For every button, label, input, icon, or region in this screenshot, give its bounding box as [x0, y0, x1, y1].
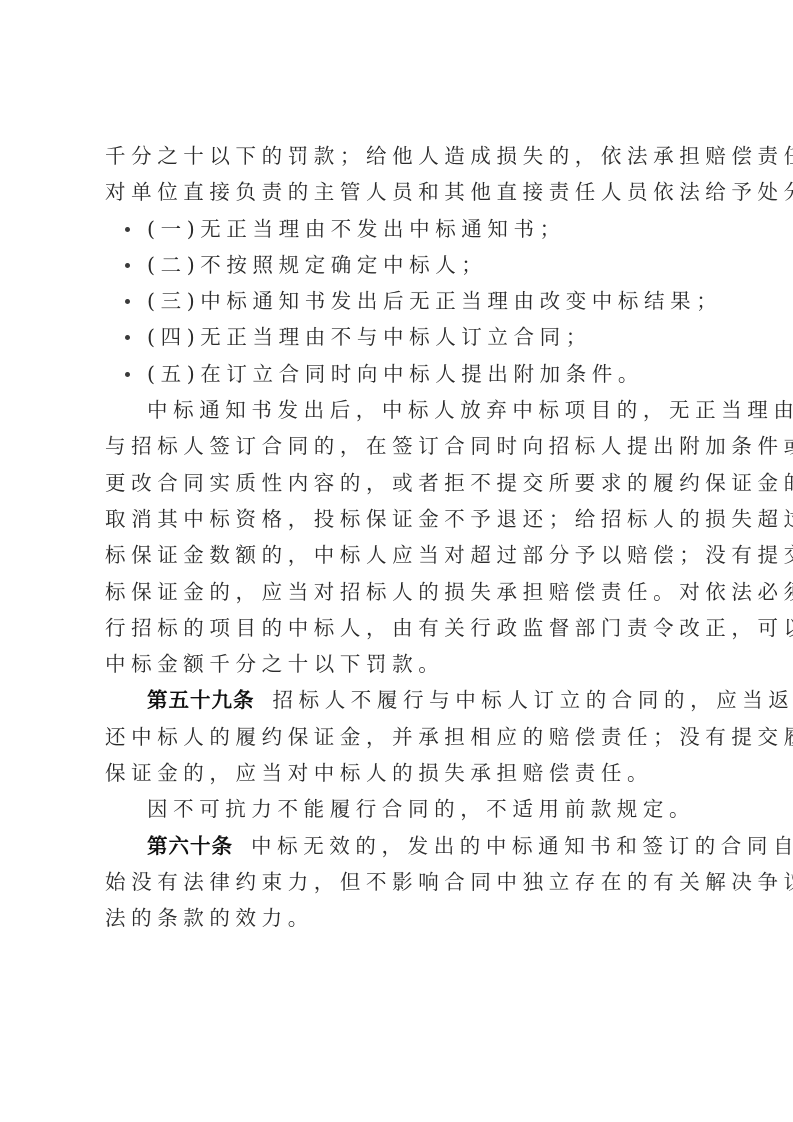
text-line: 取消其中标资格，投标保证金不予退还；给招标人的损失超过投: [105, 501, 690, 537]
text-line: 与招标人签订合同的，在签订合同时向招标人提出附加条件或者: [105, 428, 690, 464]
list-item-text: (三)中标通知书发出后无正当理由改变中标结果；: [147, 289, 722, 313]
penalty-list: (一)无正当理由不发出中标通知书； (二)不按照规定确定中标人； (三)中标通知…: [105, 211, 690, 392]
list-item: (一)无正当理由不发出中标通知书；: [105, 211, 690, 247]
article-text: 招标人不履行与中标人订立的合同的，应当返: [273, 688, 793, 712]
list-item: (二)不按照规定确定中标人；: [105, 247, 690, 283]
bullet-icon: [125, 227, 130, 232]
document-page: 千分之十以下的罚款；给他人造成损失的，依法承担赔偿责任； 对单位直接负责的主管人…: [105, 138, 690, 937]
text-line: 行招标的项目的中标人，由有关行政监督部门责令改正，可以处: [105, 610, 690, 646]
text-line: 保证金的，应当对中标人的损失承担赔偿责任。: [105, 755, 690, 791]
text-line: 标保证金的，应当对招标人的损失承担赔偿责任。对依法必须进: [105, 574, 690, 610]
text-line: 还中标人的履约保证金，并承担相应的赔偿责任；没有提交履约: [105, 719, 690, 755]
article-59: 第五十九条招标人不履行与中标人订立的合同的，应当返 还中标人的履约保证金，并承担…: [105, 682, 690, 827]
list-item-text: (五)在订立合同时向中标人提出附加条件。: [147, 362, 644, 386]
article-title: 第六十条: [147, 834, 233, 858]
text-line: 因不可抗力不能履行合同的，不适用前款规定。: [105, 791, 690, 827]
paragraph-winning-bidder-obligations: 中标通知书发出后，中标人放弃中标项目的，无正当理由不 与招标人签订合同的，在签订…: [105, 392, 690, 682]
text-line: 标保证金数额的，中标人应当对超过部分予以赔偿；没有提交投: [105, 537, 690, 573]
list-item: (三)中标通知书发出后无正当理由改变中标结果；: [105, 283, 690, 319]
text-line: 第六十条中标无效的，发出的中标通知书和签订的合同自: [105, 828, 690, 864]
text-line: 法的条款的效力。: [105, 900, 690, 936]
list-item-text: (二)不按照规定确定中标人；: [147, 253, 487, 277]
text-line: 中标通知书发出后，中标人放弃中标项目的，无正当理由不: [105, 392, 690, 428]
list-item-text: (四)无正当理由不与中标人订立合同；: [147, 325, 592, 349]
list-item-text: (一)无正当理由不发出中标通知书；: [147, 217, 566, 241]
text-line: 对单位直接负责的主管人员和其他直接责任人员依法给予处分：: [105, 174, 690, 210]
bullet-icon: [125, 263, 130, 268]
text-line: 千分之十以下的罚款；给他人造成损失的，依法承担赔偿责任；: [105, 138, 690, 174]
text-line: 更改合同实质性内容的，或者拒不提交所要求的履约保证金的，: [105, 465, 690, 501]
list-item: (五)在订立合同时向中标人提出附加条件。: [105, 356, 690, 392]
bullet-icon: [125, 299, 130, 304]
list-item: (四)无正当理由不与中标人订立合同；: [105, 319, 690, 355]
text-line: 始没有法律约束力，但不影响合同中独立存在的有关解决争议方: [105, 864, 690, 900]
article-60: 第六十条中标无效的，发出的中标通知书和签订的合同自 始没有法律约束力，但不影响合…: [105, 828, 690, 937]
article-text: 中标无效的，发出的中标通知书和签订的合同自: [251, 834, 793, 858]
text-line: 第五十九条招标人不履行与中标人订立的合同的，应当返: [105, 682, 690, 718]
bullet-icon: [125, 372, 130, 377]
text-line: 中标金额千分之十以下罚款。: [105, 646, 690, 682]
article-title: 第五十九条: [147, 688, 255, 712]
bullet-icon: [125, 335, 130, 340]
